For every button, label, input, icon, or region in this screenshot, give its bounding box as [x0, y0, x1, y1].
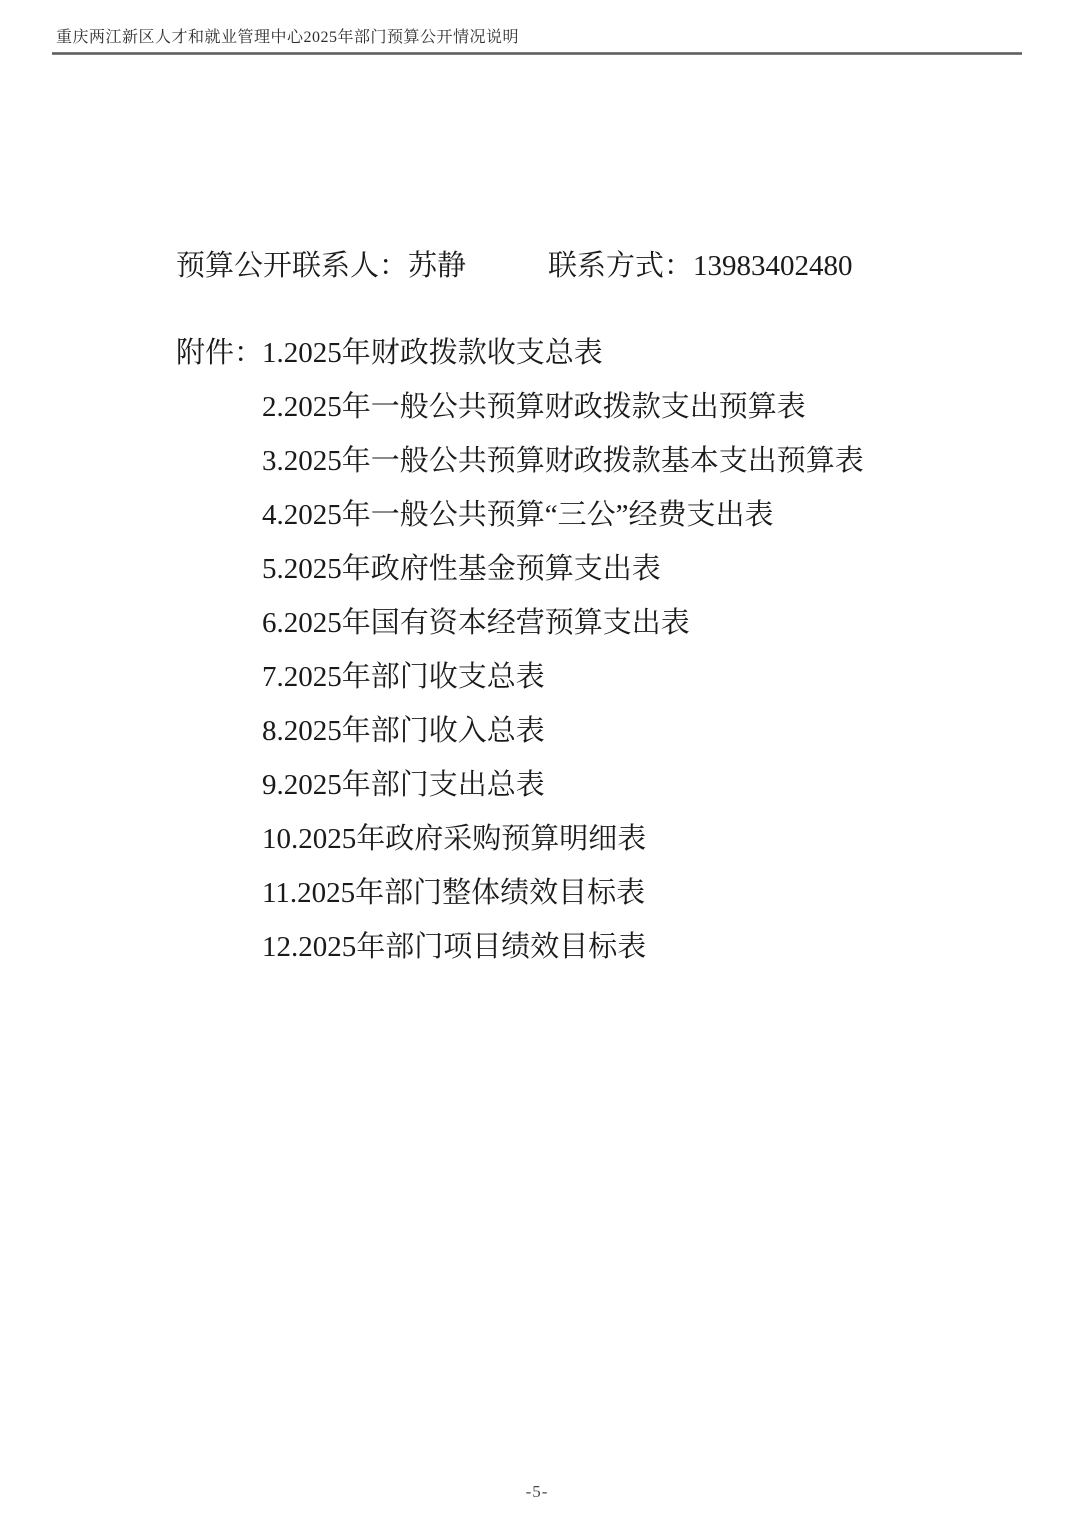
page-number: -5-: [526, 1482, 549, 1501]
contact-person-name: 苏静: [408, 250, 466, 282]
attachments-list: 1.2025年财政拨款收支总表 2.2025年一般公共预算财政拨款支出预算表 3…: [176, 326, 864, 974]
contact-method-label: 联系方式：: [548, 250, 693, 282]
contact-method-value: 13983402480: [693, 250, 853, 282]
attachment-item: 6.2025年国有资本经营预算支出表: [262, 596, 864, 650]
page-footer: -5-: [0, 1482, 1074, 1502]
contact-method: 联系方式：13983402480: [548, 247, 853, 285]
attachments-section: 附件： 1.2025年财政拨款收支总表 2.2025年一般公共预算财政拨款支出预…: [176, 326, 864, 974]
document-page: 重庆两江新区人才和就业管理中心2025年部门预算公开情况说明 预算公开联系人：苏…: [0, 0, 1074, 1520]
contact-person: 预算公开联系人：苏静: [176, 247, 466, 285]
attachment-item: 10.2025年政府采购预算明细表: [262, 812, 864, 866]
attachment-item: 8.2025年部门收入总表: [262, 704, 864, 758]
contact-person-label: 预算公开联系人：: [176, 250, 408, 282]
document-header-title: 重庆两江新区人才和就业管理中心2025年部门预算公开情况说明: [56, 28, 519, 48]
attachment-item: 2.2025年一般公共预算财政拨款支出预算表: [262, 380, 864, 434]
header-rule: [52, 52, 1022, 55]
attachment-item: 4.2025年一般公共预算“三公”经费支出表: [262, 488, 864, 542]
attachment-item: 7.2025年部门收支总表: [262, 650, 864, 704]
attachment-item: 3.2025年一般公共预算财政拨款基本支出预算表: [262, 434, 864, 488]
attachment-item: 11.2025年部门整体绩效目标表: [262, 866, 864, 920]
attachment-item: 5.2025年政府性基金预算支出表: [262, 542, 864, 596]
attachment-item: 9.2025年部门支出总表: [262, 758, 864, 812]
attachment-item: 1.2025年财政拨款收支总表: [262, 326, 864, 380]
attachment-item: 12.2025年部门项目绩效目标表: [262, 920, 864, 974]
attachments-label: 附件：: [176, 326, 263, 380]
